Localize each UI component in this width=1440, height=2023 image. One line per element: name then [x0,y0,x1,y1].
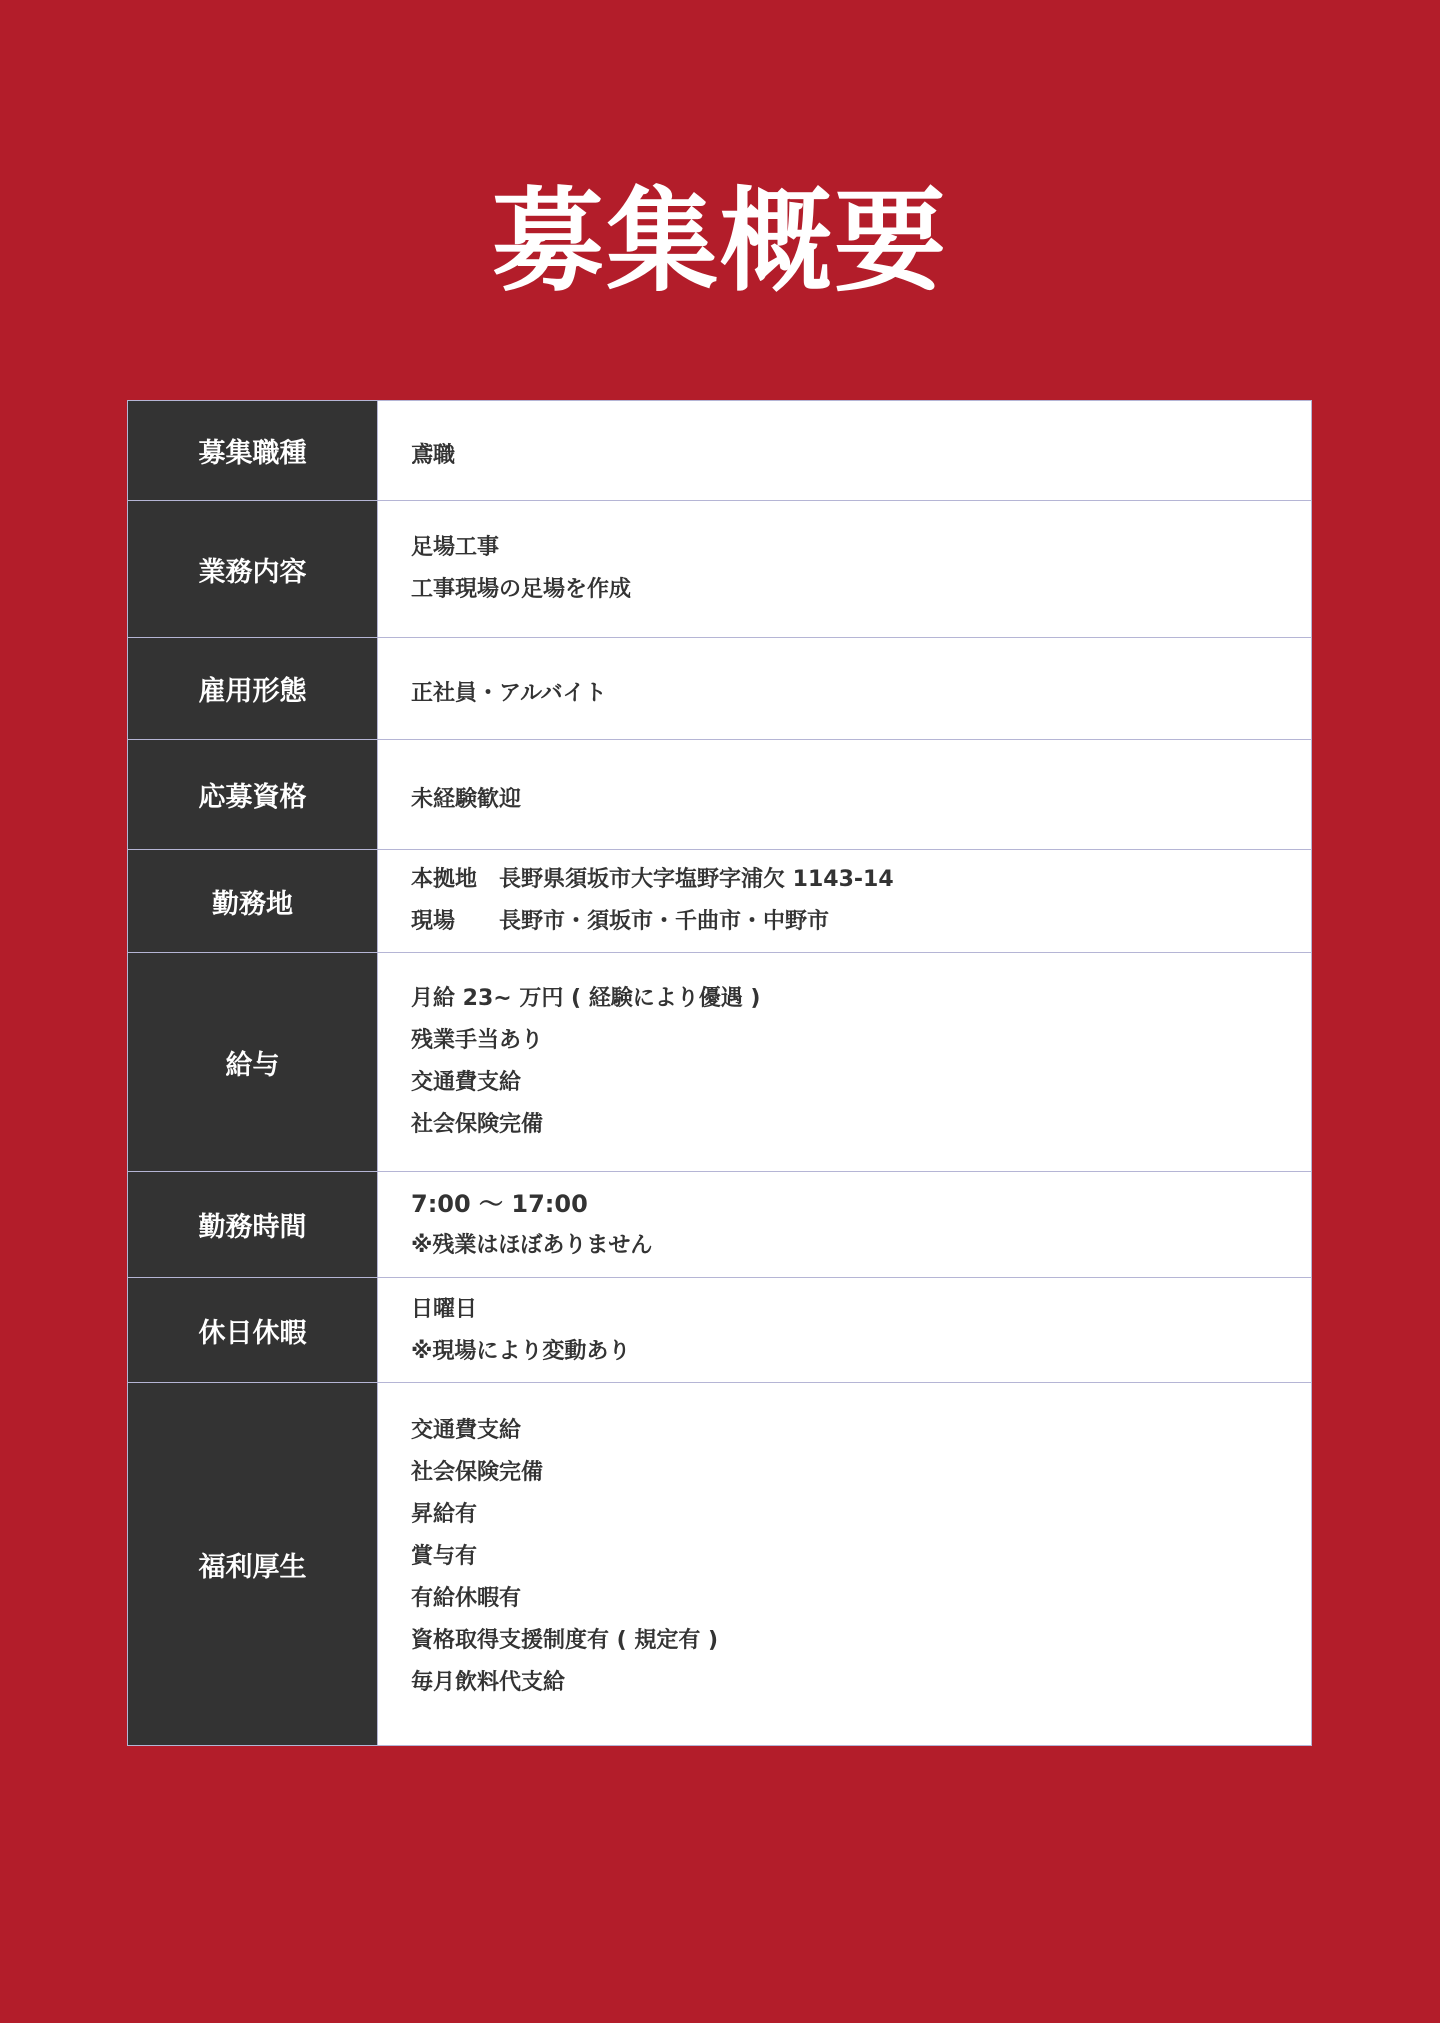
row-value: 交通費支給 社会保険完備 昇給有 賞与有 有給休暇有 資格取得支援制度有 ( 規… [378,1383,1311,1745]
value-line: 工事現場の足場を作成 [411,569,1311,611]
value-line: ※現場により変動あり [411,1331,1311,1373]
value-line: 昇給有 [411,1494,1311,1536]
value-line: 日曜日 [411,1289,1311,1331]
value-line: 資格取得支援制度有 ( 規定有 ) [411,1620,1311,1662]
value-line: 未経験歓迎 [411,779,1311,821]
row-value: 日曜日 ※現場により変動あり [378,1278,1311,1382]
value-line: 毎月飲料代支給 [411,1662,1311,1704]
table-row-job-type: 募集職種 鳶職 [128,401,1311,501]
value-line: 交通費支給 [411,1410,1311,1452]
row-label: 応募資格 [128,740,378,849]
row-label: 雇用形態 [128,638,378,739]
value-line: 残業手当あり [411,1020,1311,1062]
value-line: 7:00 ～ 17:00 [411,1183,1311,1225]
row-value: 7:00 ～ 17:00 ※残業はほぼありません [378,1172,1311,1277]
table-row-job-description: 業務内容 足場工事 工事現場の足場を作成 [128,501,1311,638]
value-line: 有給休暇有 [411,1578,1311,1620]
table-row-working-hours: 勤務時間 7:00 ～ 17:00 ※残業はほぼありません [128,1172,1311,1278]
value-line: 現場 長野市・須坂市・千曲市・中野市 [411,901,1311,943]
table-row-employment-type: 雇用形態 正社員・アルバイト [128,638,1311,740]
row-value: 鳶職 [378,401,1311,500]
row-value: 足場工事 工事現場の足場を作成 [378,501,1311,637]
row-label: 募集職種 [128,401,378,500]
value-line: 鳶職 [411,435,1311,477]
row-value: 月給 23~ 万円 ( 経験により優遇 ) 残業手当あり 交通費支給 社会保険完… [378,953,1311,1171]
row-label: 業務内容 [128,501,378,637]
row-label: 福利厚生 [128,1383,378,1745]
value-line: 足場工事 [411,527,1311,569]
value-line: 正社員・アルバイト [411,673,1311,715]
table-row-qualifications: 応募資格 未経験歓迎 [128,740,1311,850]
page-title: 募集概要 [0,176,1440,308]
value-line: 本拠地 長野県須坂市大字塩野字浦欠 1143-14 [411,859,1311,901]
value-line: 社会保険完備 [411,1452,1311,1494]
row-label: 勤務時間 [128,1172,378,1277]
row-label: 給与 [128,953,378,1171]
value-line: 交通費支給 [411,1062,1311,1104]
table-row-holidays: 休日休暇 日曜日 ※現場により変動あり [128,1278,1311,1383]
table-row-work-location: 勤務地 本拠地 長野県須坂市大字塩野字浦欠 1143-14 現場 長野市・須坂市… [128,850,1311,953]
recruitment-summary-table: 募集職種 鳶職 業務内容 足場工事 工事現場の足場を作成 雇用形態 正社員・アル… [127,400,1312,1746]
value-line: 賞与有 [411,1536,1311,1578]
table-row-benefits: 福利厚生 交通費支給 社会保険完備 昇給有 賞与有 有給休暇有 資格取得支援制度… [128,1383,1311,1745]
row-value: 正社員・アルバイト [378,638,1311,739]
row-value: 本拠地 長野県須坂市大字塩野字浦欠 1143-14 現場 長野市・須坂市・千曲市… [378,850,1311,952]
row-label: 勤務地 [128,850,378,952]
table-row-salary: 給与 月給 23~ 万円 ( 経験により優遇 ) 残業手当あり 交通費支給 社会… [128,953,1311,1172]
value-line: 社会保険完備 [411,1104,1311,1146]
row-value: 未経験歓迎 [378,740,1311,849]
value-line: 月給 23~ 万円 ( 経験により優遇 ) [411,978,1311,1020]
value-line: ※残業はほぼありません [411,1225,1311,1267]
row-label: 休日休暇 [128,1278,378,1382]
